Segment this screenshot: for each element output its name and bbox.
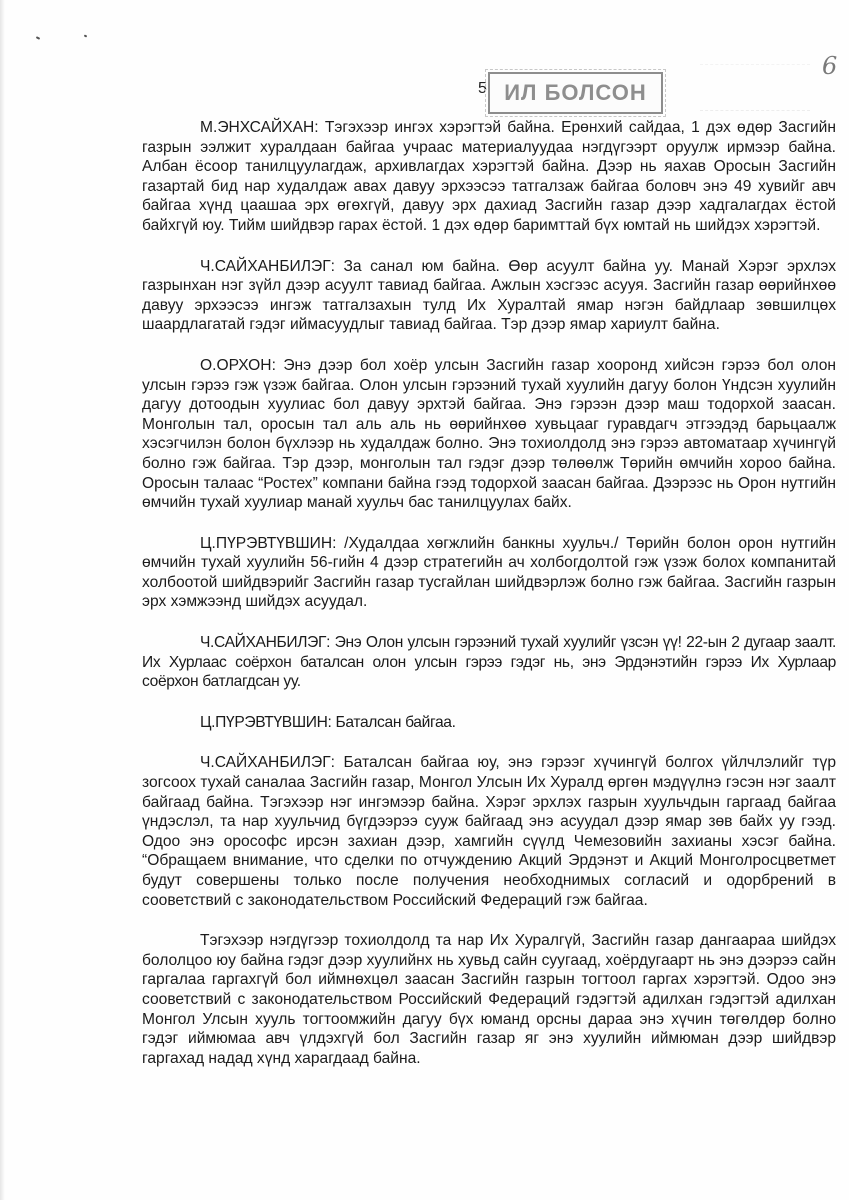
faint-stamp-mark (700, 64, 810, 111)
paragraph-text: Тэгэхээр ингэх хэрэгтэй байна. Ерөнхий с… (142, 119, 836, 234)
paragraph-text: Энэ дээр бол хоёр улсын Засгийн газар хо… (142, 357, 836, 511)
paragraph: Ч.САЙХАНБИЛЭГ: Баталсан байгаа юу, энэ г… (142, 753, 836, 910)
document-page: 5 ИЛ БОЛСОН 6 М.ЭНХСАЙХАН: Тэгэхээр ингэ… (0, 0, 849, 1200)
paragraph: Ч.САЙХАНБИЛЭГ: За санал юм байна. Өөр ас… (142, 257, 836, 335)
paragraph: Ц.ПҮРЭВТҮВШИН: /Худалдаа хөгжлийн банкны… (142, 534, 836, 612)
paragraph: О.ОРХОН: Энэ дээр бол хоёр улсын Засгийн… (142, 356, 836, 513)
scan-speck (36, 36, 40, 40)
scan-speck (84, 34, 88, 37)
handwritten-page-number: 6 (822, 52, 837, 80)
paragraph: Ц.ПҮРЭВТҮВШИН: Баталсан байгаа. (142, 713, 836, 733)
paragraph: Тэгэхээр нэгдүгээр тохиолдолд та нар Их … (142, 931, 836, 1068)
page-number: 5 (478, 80, 487, 98)
scan-edge-shadow (0, 0, 5, 1200)
speaker-name: Ц.ПҮРЭВТҮВШИН: (200, 535, 336, 552)
paragraph-text: Тэгэхээр нэгдүгээр тохиолдолд та нар Их … (142, 932, 836, 1067)
speaker-name: Ч.САЙХАНБИЛЭГ: (200, 258, 335, 275)
speaker-name: М.ЭНХСАЙХАН: (200, 119, 319, 136)
transcript-body: М.ЭНХСАЙХАН: Тэгэхээр ингэх хэрэгтэй бай… (142, 118, 836, 1089)
speaker-name: Ц.ПҮРЭВТҮВШИН: (200, 714, 332, 731)
paragraph: М.ЭНХСАЙХАН: Тэгэхээр ингэх хэрэгтэй бай… (142, 118, 836, 236)
paragraph-text: Баталсан байгаа юу, энэ гэрээг хүчингүй … (142, 754, 836, 908)
stamp-il-bolson: ИЛ БОЛСОН (488, 72, 663, 114)
speaker-name: Ч.САЙХАНБИЛЭГ: (200, 634, 330, 651)
speaker-name: Ч.САЙХАНБИЛЭГ: (200, 754, 335, 771)
speaker-name: О.ОРХОН: (200, 357, 276, 374)
paragraph: Ч.САЙХАНБИЛЭГ: Энэ Олон улсын гэрээний т… (142, 633, 836, 692)
paragraph-text: Баталсан байгаа. (336, 714, 456, 731)
